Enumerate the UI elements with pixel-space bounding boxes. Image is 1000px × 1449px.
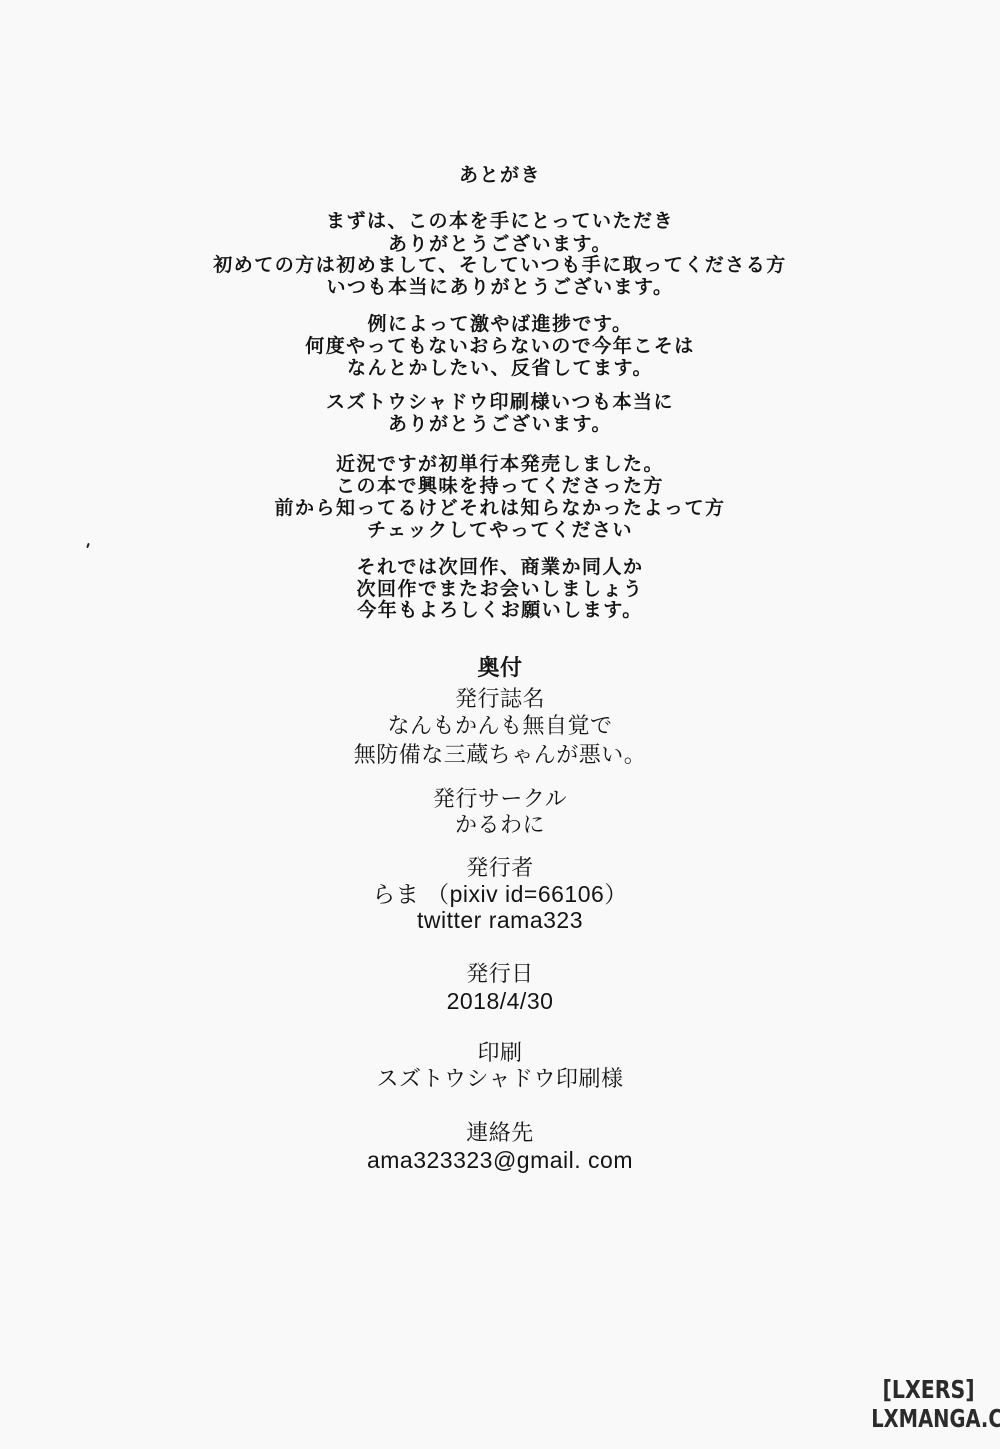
afterword-line: スズトウシャドウ印刷様いつも本当に: [0, 390, 1000, 414]
publication-title-line: なんもかんも無自覚で: [0, 713, 1000, 741]
print-speck: [86, 543, 90, 548]
afterword-line: 前から知ってるけどそれは知らなかったよって方: [0, 496, 1000, 520]
afterword-line: 例によって激やば進捗です。: [0, 312, 1000, 336]
colophon-label: 印刷: [0, 1040, 1000, 1068]
afterword-line: 近況ですが初単行本発売しました。: [0, 452, 1000, 476]
document-page: あとがき まずは、この本を手にとっていただき ありがとうございます。 初めての方…: [0, 0, 1000, 1449]
afterword-line: この本で興味を持ってくださった方: [0, 474, 1000, 498]
colophon-label: 発行者: [0, 855, 1000, 883]
afterword-line: まずは、この本を手にとっていただき: [0, 209, 1000, 233]
publication-date: 2018/4/30: [0, 987, 1000, 1015]
afterword-line: 今年もよろしくお願いします。: [0, 598, 1000, 622]
watermark-bottom: LXMANGA.COM: [871, 1406, 996, 1431]
colophon-label: 発行誌名: [0, 686, 1000, 714]
colophon-label: 発行サークル: [0, 786, 1000, 814]
contact-email: ama323323@gmail. com: [0, 1146, 1000, 1174]
watermark-top: [LXERS]: [865, 1377, 996, 1402]
site-watermark: [LXERS] LXMANGA.COM: [836, 1377, 996, 1431]
printer-name: スズトウシャドウ印刷様: [0, 1066, 1000, 1094]
colophon-label: 連絡先: [0, 1120, 1000, 1148]
afterword-title: あとがき: [0, 163, 1000, 187]
afterword-line: 初めての方は初めまして、そしていつも手に取ってくださる方: [0, 253, 1000, 277]
afterword-line: 何度やってもないおらないので今年こそは: [0, 334, 1000, 358]
afterword-line: なんとかしたい、反省してます。: [0, 356, 1000, 380]
colophon-label: 発行日: [0, 961, 1000, 989]
afterword-line: チェックしてやってください: [0, 518, 1000, 542]
publisher-pixiv: らま （pixiv id=66106）: [0, 880, 1000, 908]
publisher-twitter: twitter rama323: [0, 906, 1000, 934]
afterword-line: いつも本当にありがとうございます。: [0, 275, 1000, 299]
afterword-line: それでは次回作、商業か同人か: [0, 555, 1000, 579]
colophon-title: 奥付: [0, 655, 1000, 683]
publication-title-line: 無防備な三蔵ちゃんが悪い。: [0, 742, 1000, 770]
circle-name: かるわに: [0, 812, 1000, 840]
afterword-line: ありがとうございます。: [0, 412, 1000, 436]
